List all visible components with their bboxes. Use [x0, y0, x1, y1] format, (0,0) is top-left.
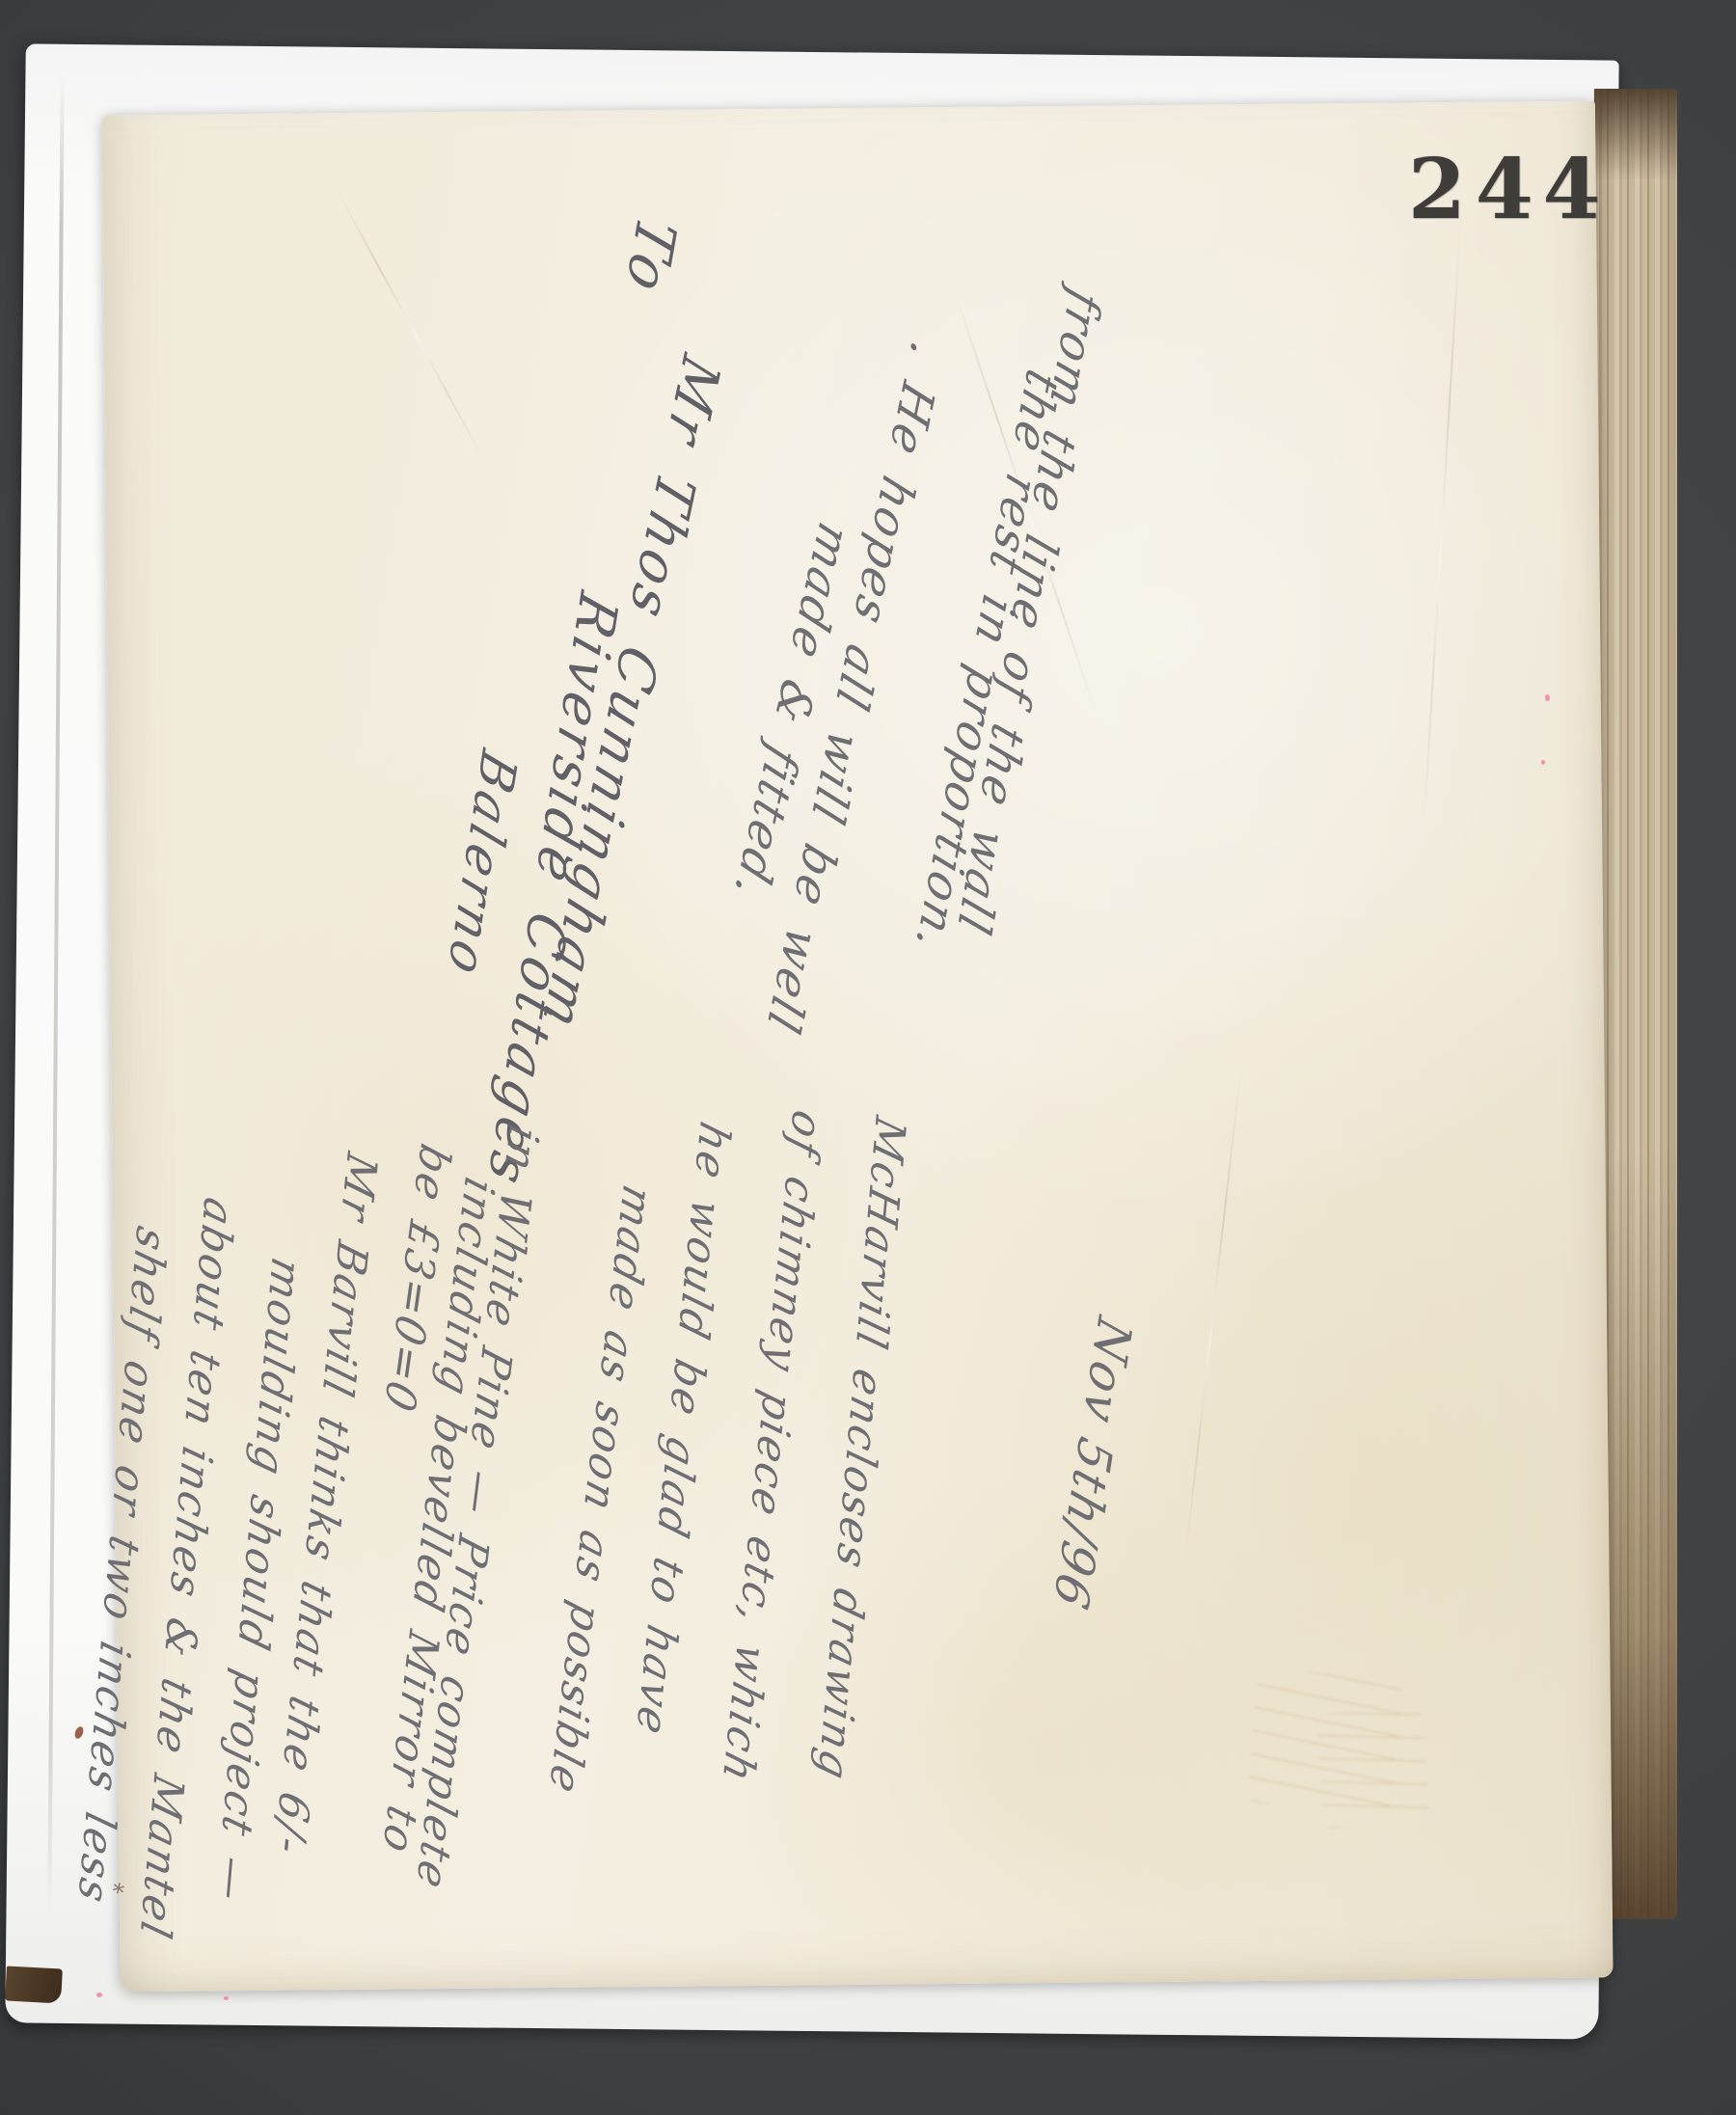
pink-speck: [1541, 760, 1545, 765]
pink-speck: [96, 1993, 102, 1997]
book-cover-corner: [5, 1966, 63, 2004]
photo-background: 6 244 from the line of the wall the rest…: [0, 0, 1736, 2115]
page-crease: [336, 188, 485, 460]
page-crease: [1183, 1071, 1241, 1569]
pink-speck: [1545, 694, 1550, 701]
page-number-stamp: 244: [1408, 141, 1611, 238]
pink-speck: [224, 1996, 229, 2000]
book-spine-left: [0, 75, 14, 1927]
ink-bleed-through: [1316, 1706, 1430, 1830]
page-crease: [1423, 219, 1462, 835]
